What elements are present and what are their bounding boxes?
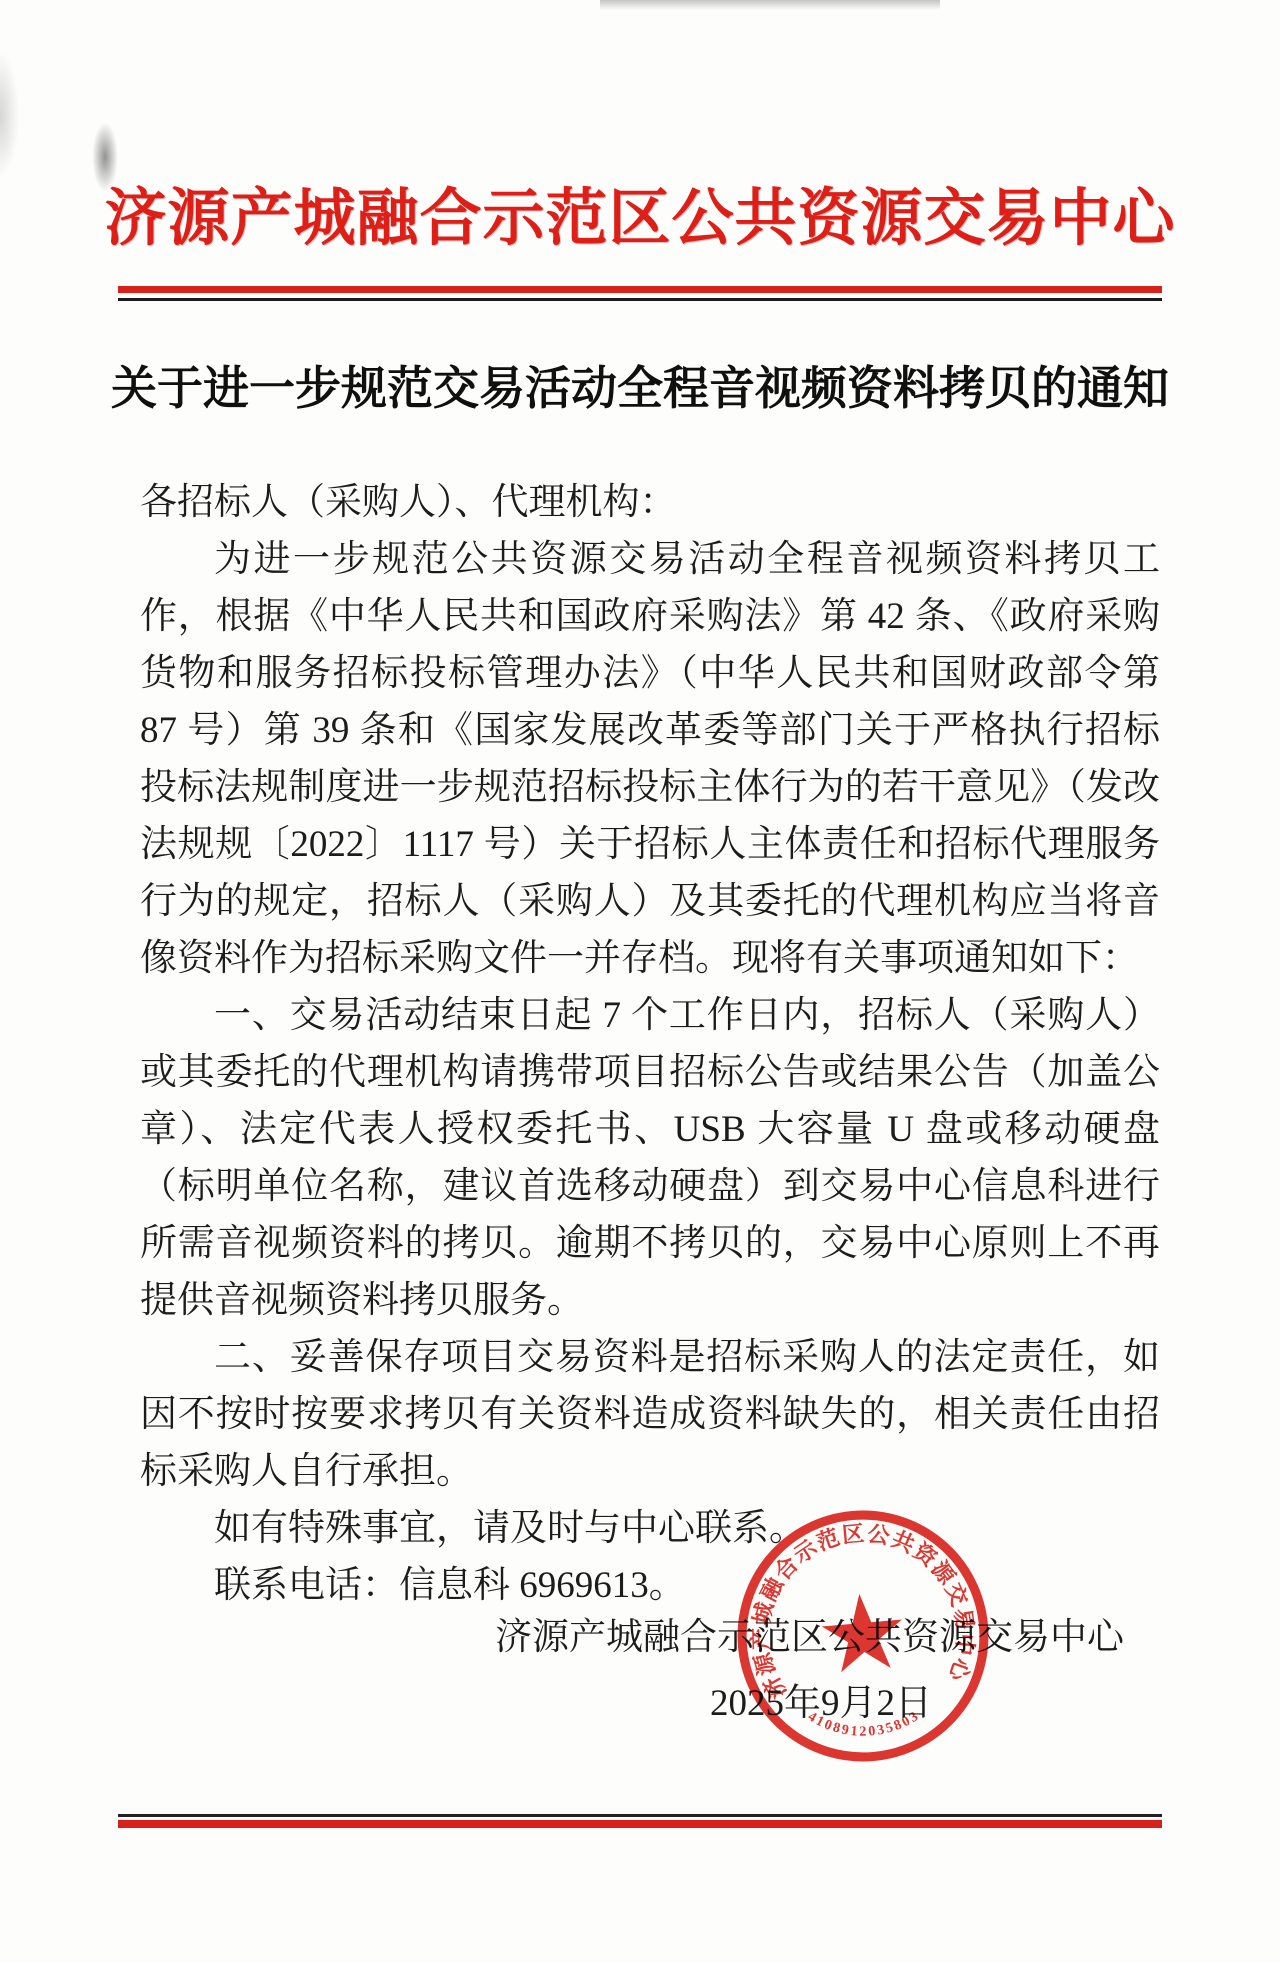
scan-smudge <box>0 55 18 175</box>
contact-note-line: 如有特殊事宜，请及时与中心联系。 <box>140 1500 1160 1557</box>
document-title: 关于进一步规范交易活动全程音视频资料拷贝的通知 <box>60 352 1220 418</box>
body-paragraph-item-2: 二、妥善保存项目交易资料是招标采购人的法定责任，如因不按时按要求拷贝有关资料造成… <box>140 1329 1160 1500</box>
body-paragraph: 为进一步规范公共资源交易活动全程音视频资料拷贝工作，根据《中华人民共和国政府采购… <box>140 531 1160 987</box>
seal-star-icon <box>819 1590 906 1673</box>
scan-smudge <box>600 0 940 10</box>
official-seal: 济源产城融合示范区公共资源交易中心 4108912035803 <box>720 1487 1005 1785</box>
header-rule-red <box>118 286 1162 293</box>
header-rule-black <box>118 298 1162 301</box>
footer-rule-black <box>118 1814 1162 1817</box>
document-body: 各招标人（采购人）、代理机构： 为进一步规范公共资源交易活动全程音视频资料拷贝工… <box>140 474 1160 1614</box>
footer-rule-red <box>118 1820 1162 1828</box>
letterhead-org-name: 济源产城融合示范区公共资源交易中心 <box>40 168 1240 257</box>
signature-date: 2025年9月2日 <box>140 1672 1160 1726</box>
body-paragraph-item-1: 一、交易活动结束日起 7 个工作日内，招标人（采购人）或其委托的代理机构请携带项… <box>140 987 1160 1329</box>
seal-number: 4108912035803 <box>804 1699 924 1745</box>
document-page: 济源产城融合示范区公共资源交易中心 关于进一步规范交易活动全程音视频资料拷贝的通… <box>0 0 1280 1963</box>
salutation-line: 各招标人（采购人）、代理机构： <box>140 474 1160 531</box>
signature-org-name: 济源产城融合示范区公共资源交易中心 <box>140 1606 1160 1660</box>
